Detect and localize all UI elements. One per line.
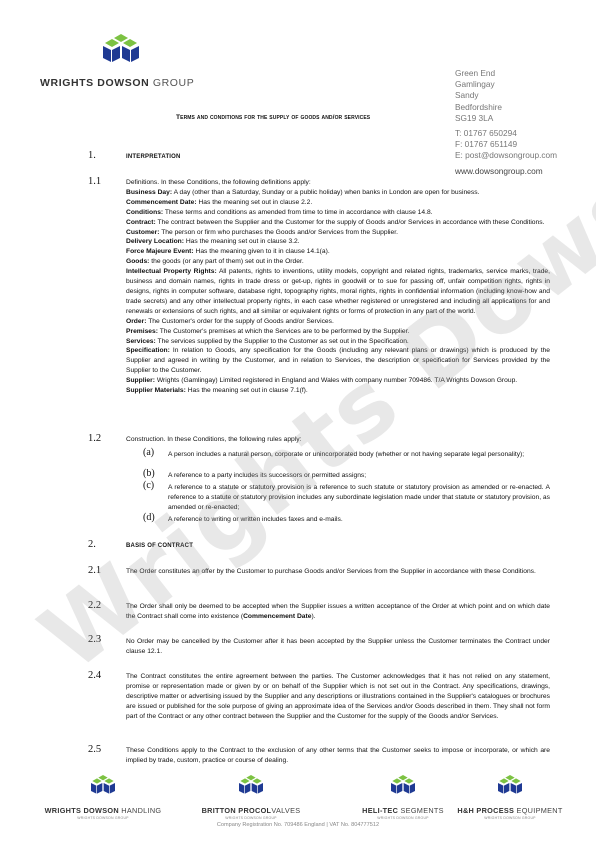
logo-sub: WRIGHTS DOWSON GROUP [450,816,570,820]
company-address: Green End Gamlingay Sandy Bedfordshire S… [455,68,557,177]
definition-term: Supplier Materials: [126,387,186,394]
definition-text: The person or firm who purchases the Goo… [159,229,398,236]
address-line: Gamlingay [455,79,557,90]
defined-term: Commencement Date [243,613,311,620]
definition-item: Commencement Date: Has the meaning set o… [126,198,550,208]
logo-sub: WRIGHTS DOWSON GROUP [358,816,448,820]
logo-light: VALVES [271,806,300,815]
definition-term: Premises: [126,328,158,335]
cubes-logo-icon [98,34,144,70]
section-number: 1. [88,150,96,161]
definition-text: Wrights (Gamlingay) Limited registered i… [155,377,517,384]
logo-sub: WRIGHTS DOWSON GROUP [38,816,168,820]
company-name-light: GROUP [153,77,195,89]
definition-text: The services supplied by the Supplier to… [156,338,409,345]
definition-term: Services: [126,338,156,345]
clause-intro: Construction. In these Conditions, the f… [126,435,550,445]
section-heading: Basis of contract [126,543,193,549]
definition-term: Goods: [126,258,149,265]
clause-text: The Order shall only be deemed to be acc… [126,603,550,620]
address-line: Sandy [455,90,557,101]
clause-number: 2.3 [88,634,101,645]
definition-item: Specification: In relation to Goods, any… [126,346,550,376]
cubes-logo-icon [494,775,526,799]
definition-term: Order: [126,318,146,325]
clause-2-3: No Order may be cancelled by the Custome… [126,637,550,657]
definition-term: Supplier: [126,377,155,384]
clause-intro: Definitions. In these Conditions, the fo… [126,178,550,188]
definition-item: Order: The Customer's order for the supp… [126,317,550,327]
clause-2-5: These Conditions apply to the Contract t… [126,746,550,766]
definition-item: Customer: The person or firm who purchas… [126,228,550,238]
item-text: A reference to a party includes its succ… [168,471,550,481]
definition-text: These terms and conditions as amended fr… [163,209,432,216]
clause-2-1: The Order constitutes an offer by the Cu… [126,567,550,577]
definition-term: Commencement Date: [126,199,197,206]
definition-term: Force Majeure Event: [126,248,194,255]
footer-logo-segments: HELI-TEC SEGMENTS WRIGHTS DOWSON GROUP [358,775,448,820]
item-label: (c) [143,480,154,491]
clause-number: 1.2 [88,433,101,444]
company-logo: WRIGHTS DOWSON GROUP [40,34,200,89]
section-number: 2. [88,539,96,550]
company-name-bold: WRIGHTS DOWSON [40,77,149,89]
logo-light: HANDLING [121,806,161,815]
address-line: Bedfordshire [455,102,557,113]
definition-term: Business Day: [126,189,172,196]
clause-text: ). [311,613,315,620]
definition-term: Customer: [126,229,159,236]
cubes-logo-icon [235,775,267,799]
definition-item: Force Majeure Event: Has the meaning giv… [126,247,550,257]
fax-number: F: 01767 651149 [455,139,557,150]
company-name: WRIGHTS DOWSON GROUP [40,77,200,89]
definition-item: Supplier: Wrights (Gamlingay) Limited re… [126,376,550,386]
document-title: Terms and conditions for the supply of g… [176,114,370,121]
address-line: Green End [455,68,557,79]
clause-1-1: Definitions. In these Conditions, the fo… [126,178,550,396]
phone-number: T: 01767 650294 [455,128,557,139]
definition-item: Intellectual Property Rights: All patent… [126,267,550,317]
definition-item: Conditions: These terms and conditions a… [126,208,550,218]
definition-item: Business Day: A day (other than a Saturd… [126,188,550,198]
definition-item: Delivery Location: Has the meaning set o… [126,237,550,247]
clause-number: 1.1 [88,176,101,187]
definition-text: The contract between the Supplier and th… [156,219,545,226]
footer-logo-handling: WRIGHTS DOWSON HANDLING WRIGHTS DOWSON G… [38,775,168,820]
clause-2-2: The Order shall only be deemed to be acc… [126,602,550,622]
logo-light: SEGMENTS [401,806,444,815]
definition-text: A day (other than a Saturday, Sunday or … [172,189,479,196]
item-text: A reference to writing or written includ… [168,515,550,525]
website-link[interactable]: www.dowsongroup.com [455,166,557,177]
clause-2-4: The Contract constitutes the entire agre… [126,672,550,722]
logo-bold: H&H PROCESS [457,806,514,815]
address-postcode: SG19 3LA [455,113,557,124]
section-heading: Interpretation [126,154,181,160]
definition-term: Conditions: [126,209,163,216]
definitions-list: Business Day: A day (other than a Saturd… [126,188,550,396]
definition-item: Supplier Materials: Has the meaning set … [126,386,550,396]
definition-text: Has the meaning given to it in clause 14… [194,248,330,255]
definition-term: Delivery Location: [126,238,184,245]
clause-number: 2.1 [88,565,101,576]
definition-term: Specification: [126,347,170,354]
definition-item: Goods: the goods (or any part of them) s… [126,257,550,267]
definition-text: Has the meaning set out in clause 7.1(f)… [186,387,308,394]
registration-info: Company Registration No. 709486 England … [0,822,596,828]
item-text: A person includes a natural person, corp… [168,450,550,460]
logo-bold: HELI-TEC [362,806,398,815]
definition-text: Has the meaning set out in clause 3.2. [184,238,300,245]
clause-number: 2.5 [88,744,101,755]
definition-text: The Customer's order for the supply of G… [146,318,333,325]
logo-bold: BRITTON PROCOL [202,806,272,815]
footer-logo-process: H&H PROCESS EQUIPMENT WRIGHTS DOWSON GRO… [450,775,570,820]
logo-light: EQUIPMENT [517,806,563,815]
logo-sub: WRIGHTS DOWSON GROUP [196,816,306,820]
clause-number: 2.2 [88,600,101,611]
definition-text: Has the meaning set out in clause 2.2. [197,199,313,206]
item-text: A reference to a statute or statutory pr… [168,483,550,513]
document-page: Wrights Dowson Group WRIGHTS DOWSON GROU… [0,0,596,843]
definition-term: Intellectual Property Rights: [126,268,217,275]
item-label: (b) [143,468,155,479]
cubes-logo-icon [387,775,419,799]
definition-text: The Customer's premises at which the Ser… [158,328,409,335]
item-label: (a) [143,447,154,458]
footer-logo-valves: BRITTON PROCOLVALVES WRIGHTS DOWSON GROU… [196,775,306,820]
clause-number: 2.4 [88,670,101,681]
cubes-logo-icon [87,775,119,799]
definition-item: Contract: The contract between the Suppl… [126,218,550,228]
definition-text: In relation to Goods, any specification … [126,347,550,374]
definition-item: Premises: The Customer's premises at whi… [126,327,550,337]
logo-bold: WRIGHTS DOWSON [45,806,119,815]
definition-term: Contract: [126,219,156,226]
item-label: (d) [143,512,155,523]
definition-text: the goods (or any part of them) set out … [149,258,303,265]
email-address[interactable]: E: post@dowsongroup.com [455,150,557,161]
definition-item: Services: The services supplied by the S… [126,337,550,347]
